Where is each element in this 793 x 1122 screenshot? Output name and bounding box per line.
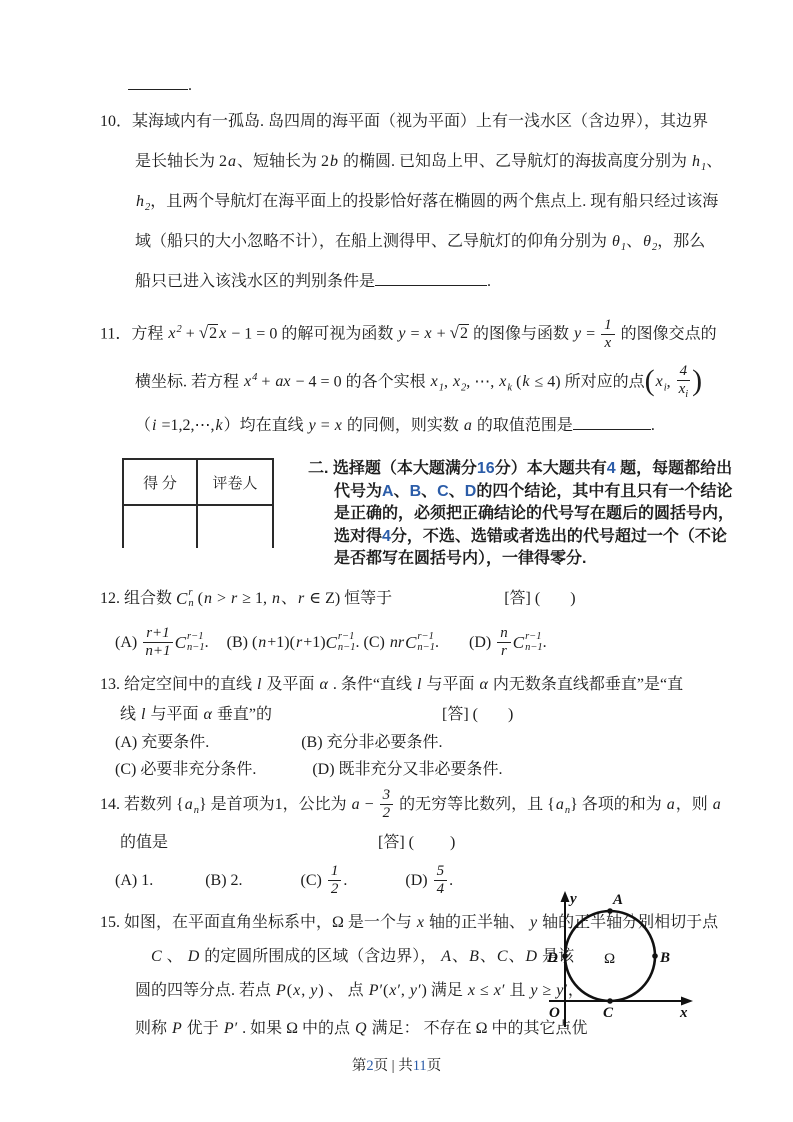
- score-table-cell-grader: [198, 506, 272, 548]
- text-line: 12. 组合数 Crn (n > r ≥ 1, n、r ∈ Z) 恒等于[答] …: [100, 581, 697, 617]
- text-line: 是长轴长为 2a、短轴长为 2b 的椭圆. 已知岛上甲、乙导航灯的海拔高度分别为…: [100, 142, 697, 182]
- circle-figure: y x O A B C D Ω: [543, 889, 695, 1031]
- text-line: .: [100, 70, 697, 102]
- label-A: A: [612, 892, 623, 908]
- section-2-instructions: 二. 选择题（本大题满分16分）本大题共有4 题，每题都给出代号为A、B、C、D…: [308, 458, 734, 571]
- text-line: 选对得4分，不选、选错或者选出的代号超过一个（不论: [334, 526, 734, 549]
- question-11: 11．方程 x2 + √2x − 1 = 0 的解可视为函数 y = x + √…: [100, 306, 697, 450]
- label-omega: Ω: [604, 951, 615, 967]
- label-C: C: [603, 1005, 614, 1021]
- point-A-dot: [607, 908, 613, 914]
- page-footer: 第2页 | 共11页: [0, 1054, 793, 1075]
- text-line: 线 l 与平面 α 垂直”的[答] (): [100, 700, 697, 729]
- text-line: 是正确的，必须把正确结论的代号写在题后的圆括号内，: [334, 503, 734, 526]
- page-number-text: 第2页 | 共11页: [352, 1058, 441, 1074]
- text-line: 10．某海域内有一孤岛. 岛四周的海平面（视为平面）上有一浅水区（含边界），其边…: [100, 102, 697, 142]
- text-line: 代号为A、B、C、D的四个结论，其中有且只有一个结论: [334, 481, 734, 504]
- question-10: 10．某海域内有一孤岛. 岛四周的海平面（视为平面）上有一浅水区（含边界），其边…: [100, 102, 697, 302]
- question-15: 15. 如图，在平面直角坐标系中，Ω 是一个与 x 轴的正半轴、 y 轴的正半轴…: [100, 905, 697, 1049]
- text-line: （i =1,2,⋯,k）均在直线 y = x 的同侧，则实数 a 的取值范围是.: [100, 402, 697, 450]
- score-table-header-score: 得 分: [124, 460, 198, 506]
- text-line: (A) 充要条件.(B) 充分非必要条件.: [100, 729, 697, 756]
- text-line: 二. 选择题（本大题满分16分）本大题共有4 题，每题都给出: [308, 458, 734, 481]
- score-table-header-grader: 评卷人: [198, 460, 272, 506]
- text-line: 14. 若数列 {an} 是首项为1，公比为 a − 32 的无穷等比数列，且 …: [100, 783, 697, 827]
- label-D: D: [546, 950, 558, 966]
- text-line: 船只已进入该浅水区的判别条件是.: [100, 262, 697, 302]
- text-line: 13. 给定空间中的直线 l 及平面 α . 条件“直线 l 与平面 α 内无数…: [100, 669, 697, 700]
- text-line: 横坐标. 若方程 x4 + ax − 4 = 0 的各个实根 x1, x2, ⋯…: [100, 354, 697, 402]
- text-line: 域（船只的大小忽略不计），在船上测得甲、乙导航灯的仰角分别为 θ1、θ2，那么: [100, 222, 697, 262]
- score-table: 得 分 评卷人: [122, 458, 274, 548]
- question-12: 12. 组合数 Crn (n > r ≥ 1, n、r ∈ Z) 恒等于[答] …: [100, 581, 697, 669]
- answer-blank: [128, 73, 188, 90]
- text-line: 的值是[答] (): [100, 827, 697, 859]
- text-line: 是否都写在圆括号内），一律得零分.: [334, 548, 734, 571]
- text-line: h2，且两个导航灯在海平面上的投影恰好落在椭圆的两个焦点上. 现有船只经过该海: [100, 182, 697, 222]
- carryover-answer-blank: .: [100, 70, 697, 102]
- y-axis-arrow-icon: [561, 891, 570, 902]
- text-line: (A) r+1n+1Cr−1n−1. (B) (n+1)(r+1)Cr−1n−1…: [100, 617, 697, 669]
- label-B: B: [659, 950, 670, 966]
- point-D-dot: [562, 953, 568, 959]
- text-line: (C) 必要非充分条件.(D) 既非充分又非必要条件.: [100, 756, 697, 783]
- text-line: 11．方程 x2 + √2x − 1 = 0 的解可视为函数 y = x + √…: [100, 306, 697, 354]
- point-B-dot: [652, 953, 658, 959]
- score-table-cell-score: [124, 506, 198, 548]
- section-2-block: 得 分 评卷人 二. 选择题（本大题满分16分）本大题共有4 题，每题都给出代号…: [100, 458, 697, 571]
- answer-blank: [573, 413, 651, 430]
- point-C-dot: [607, 998, 613, 1004]
- answer-blank: [375, 269, 487, 286]
- exam-page: . 10．某海域内有一孤岛. 岛四周的海平面（视为平面）上有一浅水区（含边界），…: [0, 0, 793, 1122]
- label-x: x: [679, 1005, 688, 1021]
- label-y: y: [568, 891, 577, 907]
- label-origin: O: [549, 1005, 560, 1021]
- question-14: 14. 若数列 {an} 是首项为1，公比为 a − 32 的无穷等比数列，且 …: [100, 783, 697, 903]
- question-13: 13. 给定空间中的直线 l 及平面 α . 条件“直线 l 与平面 α 内无数…: [100, 669, 697, 783]
